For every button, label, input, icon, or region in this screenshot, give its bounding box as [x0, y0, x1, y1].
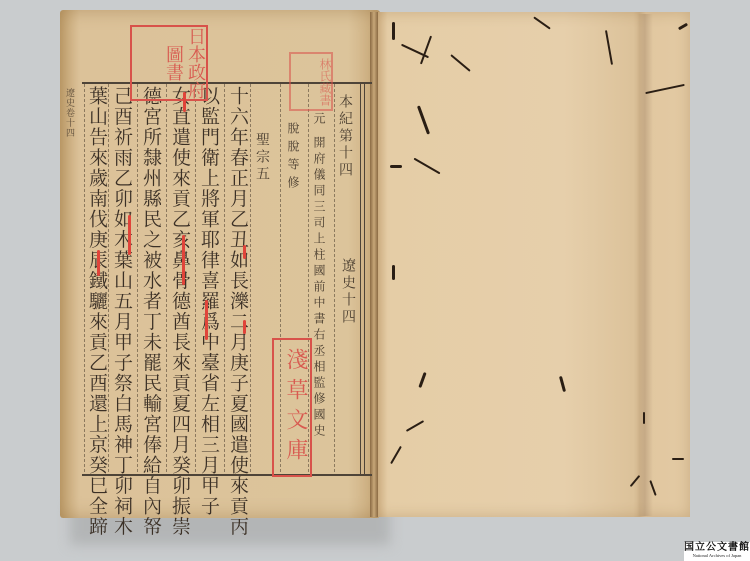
wormhole	[390, 165, 402, 168]
text-column: 葉山告來歲南伐庚辰鐵驪來貢乙酉還上京癸巳全蹄	[87, 86, 106, 537]
red-punctuation-mark	[243, 245, 246, 259]
author-column: 元 開府儀同三司上柱國前中書右丞相監修國史	[313, 112, 325, 440]
faded-red-seal: 林氏藏書	[289, 52, 333, 111]
column-divider	[166, 84, 167, 472]
column-divider	[195, 84, 196, 472]
text-column: 女直遣使來貢乙亥鼻骨德酋長來貢夏四月癸卯振崇	[170, 86, 189, 537]
book-title-column: 本紀第十四	[338, 94, 352, 179]
volume-label: 遼史十四	[341, 258, 355, 326]
frame-border-right	[360, 82, 365, 474]
reign-heading: 聖宗五	[255, 132, 269, 183]
text-column: 十六年春正月乙丑如長濼二月庚子夏國遣使來貢丙	[228, 86, 247, 537]
compiler-column: 脫脫等修	[287, 122, 299, 194]
column-divider	[250, 84, 251, 472]
wormhole	[643, 412, 645, 424]
red-punctuation-mark	[182, 235, 185, 285]
red-punctuation-mark	[205, 300, 208, 340]
text-column: 己酉祈雨乙卯如木葉山五月甲子祭白馬神丁卯祠木	[112, 86, 131, 537]
red-square-seal: 日本政府圖書	[130, 25, 208, 101]
red-punctuation-mark	[128, 215, 131, 255]
column-divider	[334, 84, 335, 472]
red-punctuation-mark	[183, 92, 186, 112]
archive-watermark: 国立公文書館 National Archives of Japan	[684, 542, 750, 561]
text-column: 德宮所隸州縣民之被水者丁未罷民輸宮俸給自內帑	[141, 86, 160, 537]
wormhole	[672, 458, 684, 460]
binding-strip	[637, 14, 653, 516]
column-divider	[84, 84, 85, 472]
watermark-subtitle: National Archives of Japan	[684, 553, 750, 559]
wormhole	[392, 22, 395, 40]
column-divider	[108, 84, 109, 472]
column-divider	[137, 84, 138, 472]
watermark-title: 国立公文書館	[684, 542, 750, 553]
text-column: 以監門衛上將軍耶律喜羅爲中臺省左相三月甲子	[199, 86, 218, 517]
wormhole	[392, 265, 395, 280]
column-divider	[224, 84, 225, 472]
asakusa-bunko-seal: 淺草文庫	[272, 338, 312, 477]
red-punctuation-mark	[97, 250, 100, 276]
margin-column: 遼史卷十四	[64, 88, 73, 138]
red-punctuation-mark	[243, 320, 246, 334]
